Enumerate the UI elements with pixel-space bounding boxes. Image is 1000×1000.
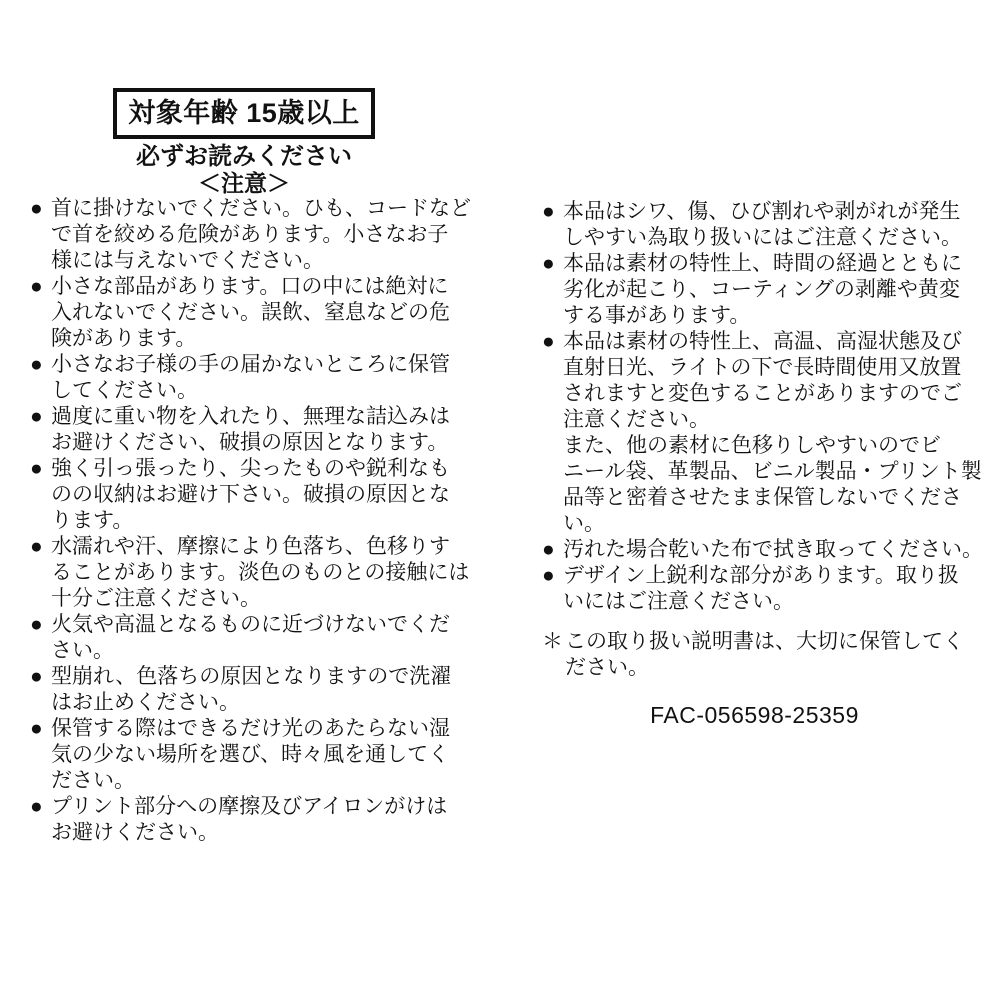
bullet-icon: ● — [30, 612, 51, 638]
warning-item: ● 過度に重い物を入れたり、無理な詰込みは お避けください、破損の原因となります… — [30, 404, 505, 456]
warnings-column-right: ● 本品はシワ、傷、ひび割れや剥がれが発生 しやすい為取り扱いにはご注意ください… — [542, 199, 1000, 729]
bullet-icon: ● — [30, 352, 51, 378]
warning-item: ● 強く引っ張ったり、尖ったものや鋭利なも のの収納はお避け下さい。破損の原因と… — [30, 456, 505, 534]
bullet-icon: ● — [30, 404, 51, 430]
warning-text: 汚れた場合乾いた布で拭き取ってください。 — [563, 537, 1000, 563]
warning-item: ● 型崩れ、色落ちの原因となりますので洗濯 はお止めください。 — [30, 664, 505, 716]
bullet-icon: ● — [542, 199, 563, 225]
notice-header: 対象年齢 15歳以上 必ずお読みください ＜注意＞ — [113, 88, 375, 196]
warning-text: 過度に重い物を入れたり、無理な詰込みは お避けください、破損の原因となります。 — [51, 404, 505, 456]
warning-item: ● 小さなお子様の手の届かないところに保管 してください。 — [30, 352, 505, 404]
product-code: FAC-056598-25359 — [542, 701, 967, 729]
warning-text: 水濡れや汗、摩擦により色落ち、色移りす ることがあります。淡色のものとの接触には… — [51, 534, 505, 612]
caution-heading: ＜注意＞ — [113, 170, 375, 196]
warning-item: ● 首に掛けないでください。ひも、コードなど で首を絞める危険があります。小さな… — [30, 196, 505, 274]
target-age-box: 対象年齢 15歳以上 — [113, 88, 375, 139]
warning-item: ● 本品は素材の特性上、高温、高湿状態及び 直射日光、ライトの下で長時間使用又放… — [542, 329, 1000, 537]
bullet-icon: ● — [542, 251, 563, 277]
warning-item: ● 小さな部品があります。口の中には絶対に 入れないでください。誤飲、窒息などの… — [30, 274, 505, 352]
warning-item: ● 保管する際はできるだけ光のあたらない湿 気の少ない場所を選び、時々風を通して… — [30, 716, 505, 794]
warning-text: 本品は素材の特性上、時間の経過とともに 劣化が起こり、コーティングの剥離や黄変 … — [563, 251, 1000, 329]
warning-text: 本品は素材の特性上、高温、高湿状態及び 直射日光、ライトの下で長時間使用又放置 … — [563, 329, 1000, 537]
bullet-icon: ● — [30, 456, 51, 482]
bullet-icon: ● — [542, 537, 563, 563]
warning-text: 本品はシワ、傷、ひび割れや剥がれが発生 しやすい為取り扱いにはご注意ください。 — [563, 199, 1000, 251]
warning-text: 型崩れ、色落ちの原因となりますので洗濯 はお止めください。 — [51, 664, 505, 716]
bullet-icon: ● — [542, 329, 563, 355]
bullet-icon: ● — [30, 196, 51, 222]
warning-text: 小さな部品があります。口の中には絶対に 入れないでください。誤飲、窒息などの危 … — [51, 274, 505, 352]
keep-manual-note: ＊ この取り扱い説明書は、大切に保管してく ださい。 — [542, 629, 1000, 681]
warning-text: 保管する際はできるだけ光のあたらない湿 気の少ない場所を選び、時々風を通してく … — [51, 716, 505, 794]
bullet-icon: ● — [542, 563, 563, 589]
asterisk-marker: ＊ — [542, 629, 565, 655]
warning-text: デザイン上鋭利な部分があります。取り扱 いにはご注意ください。 — [563, 563, 1000, 615]
warning-text: 強く引っ張ったり、尖ったものや鋭利なも のの収納はお避け下さい。破損の原因とな … — [51, 456, 505, 534]
warning-item: ● 本品はシワ、傷、ひび割れや剥がれが発生 しやすい為取り扱いにはご注意ください… — [542, 199, 1000, 251]
bullet-icon: ● — [30, 534, 51, 560]
warning-text: 小さなお子様の手の届かないところに保管 してください。 — [51, 352, 505, 404]
warning-item: ● 水濡れや汗、摩擦により色落ち、色移りす ることがあります。淡色のものとの接触… — [30, 534, 505, 612]
note-text: この取り扱い説明書は、大切に保管してく ださい。 — [565, 629, 1000, 681]
warnings-column-left: ● 首に掛けないでください。ひも、コードなど で首を絞める危険があります。小さな… — [30, 196, 505, 846]
warning-text: プリント部分への摩擦及びアイロンがけは お避けください。 — [51, 794, 505, 846]
warning-text: 首に掛けないでください。ひも、コードなど で首を絞める危険があります。小さなお子… — [51, 196, 505, 274]
must-read-heading: 必ずお読みください — [113, 144, 375, 170]
warning-item: ● デザイン上鋭利な部分があります。取り扱 いにはご注意ください。 — [542, 563, 1000, 615]
bullet-icon: ● — [30, 274, 51, 300]
warning-item: ● 本品は素材の特性上、時間の経過とともに 劣化が起こり、コーティングの剥離や黄… — [542, 251, 1000, 329]
bullet-icon: ● — [30, 664, 51, 690]
warning-item: ● 火気や高温となるものに近づけないでくだ さい。 — [30, 612, 505, 664]
warning-item: ● プリント部分への摩擦及びアイロンがけは お避けください。 — [30, 794, 505, 846]
warning-text: 火気や高温となるものに近づけないでくだ さい。 — [51, 612, 505, 664]
warning-item: ● 汚れた場合乾いた布で拭き取ってください。 — [542, 537, 1000, 563]
target-age-label: 対象年齢 15歳以上 — [128, 98, 360, 128]
bullet-icon: ● — [30, 794, 51, 820]
bullet-icon: ● — [30, 716, 51, 742]
